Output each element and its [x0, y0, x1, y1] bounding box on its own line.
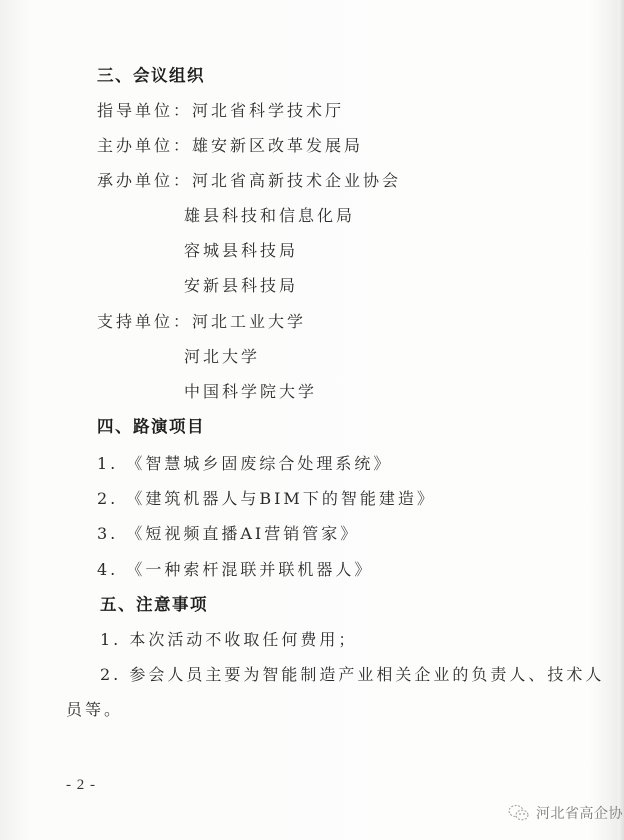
org-row-organizer-2: 雄县科技和信息化局	[184, 206, 355, 226]
roadshow-item: 4. 《一种索杆混联并联机器人》	[97, 560, 373, 580]
org-row-organizer-4: 安新县科技局	[184, 276, 298, 296]
org-row-organizer-3: 容城县科技局	[184, 241, 298, 261]
row-value: 河北省高新技术企业协会	[192, 171, 401, 191]
watermark: 河北省高企协	[508, 803, 623, 823]
row-value: 河北省科学技术厅	[192, 101, 344, 121]
roadshow-item: 1. 《智慧城乡固废综合处理系统》	[97, 454, 392, 474]
wechat-icon	[508, 804, 530, 822]
row-value: 雄安新区改革发展局	[192, 136, 363, 156]
org-row-support-2: 河北大学	[184, 347, 260, 367]
section-heading-roadshow: 四、路演项目	[97, 417, 205, 437]
page-number: - 2 -	[66, 777, 96, 794]
row-value: 河北工业大学	[192, 312, 306, 332]
watermark-text: 河北省高企协	[536, 803, 623, 823]
document-page: 三、会议组织 指导单位：河北省科学技术厅 主办单位：雄安新区改革发展局 承办单位…	[0, 0, 624, 840]
section-heading-notes: 五、注意事项	[100, 595, 208, 615]
row-label: 指导单位：	[97, 101, 192, 121]
note-item: 2. 参会人员主要为智能制造产业相关企业的负责人、技术人	[100, 665, 604, 685]
section-heading-organization: 三、会议组织	[97, 66, 205, 86]
org-row-guiding: 指导单位：河北省科学技术厅	[97, 101, 344, 121]
org-row-support: 支持单位：河北工业大学	[97, 312, 306, 332]
org-row-support-3: 中国科学院大学	[184, 382, 317, 402]
note-item-continued: 员等。	[66, 700, 123, 720]
org-row-organizer: 承办单位：河北省高新技术企业协会	[97, 171, 401, 191]
org-row-host: 主办单位：雄安新区改革发展局	[97, 136, 363, 156]
roadshow-item: 3. 《短视频直播AI营销管家》	[97, 524, 359, 544]
row-label: 主办单位：	[97, 136, 192, 156]
row-label: 支持单位：	[97, 312, 192, 332]
roadshow-item: 2. 《建筑机器人与BIM下的智能建造》	[97, 489, 436, 509]
note-item: 1. 本次活动不收取任何费用；	[100, 630, 357, 650]
page-edge-shadow	[618, 0, 624, 840]
row-label: 承办单位：	[97, 171, 192, 191]
